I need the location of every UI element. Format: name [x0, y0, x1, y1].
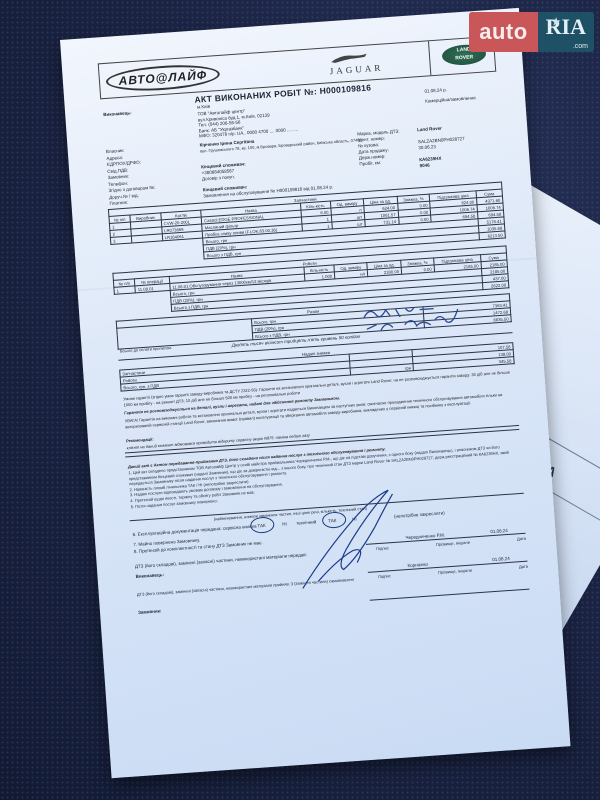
- watermark-auto: auto: [469, 12, 537, 52]
- work-completion-act: АВТО@ЛАЙФ JAGUAR LAND ROVER АКТ ВИКОНАНИ…: [60, 8, 570, 778]
- customer-field-label: Замовник:: [108, 174, 130, 180]
- city: м.Київ: [197, 104, 210, 110]
- star-icon: ★: [552, 8, 561, 38]
- jaguar-wordmark: JAGUAR: [329, 63, 383, 77]
- signature-caption-label: Дата: [517, 536, 526, 542]
- contract-type: Комерційна/замовлення: [425, 95, 476, 104]
- customer-field-label: Платник:: [109, 200, 128, 206]
- vehicle-field-label: Ідент. номер:: [358, 136, 386, 143]
- signature-caption-label: Прізвище, Ініціали: [438, 568, 472, 575]
- customer-contract: Договір з покуп.: [202, 174, 235, 181]
- customer-field-label: Адреса:: [106, 154, 123, 160]
- payment-handwriting-icon: [359, 296, 471, 336]
- total-value: 2622.00: [482, 281, 509, 290]
- vehicle-mileage: 9046: [419, 163, 429, 169]
- yes-circle-mark: [250, 516, 275, 534]
- customer-field-label: Свід.ПДВ:: [107, 167, 128, 173]
- vehicle-field-label: Пробіг, км:: [359, 160, 381, 167]
- jaguar-logo: JAGUAR: [329, 51, 384, 77]
- avtolife-logo: АВТО@ЛАЙФ: [105, 62, 220, 94]
- dtz-passed: ДТЗ (його складові), замінені (запасні) …: [135, 552, 307, 569]
- customer-field-label: Власник:: [106, 148, 125, 154]
- item6-docs: 6. Експлуатаційна документація передана:…: [133, 523, 257, 537]
- vehicle-field-label: Держ.номер:: [359, 154, 386, 161]
- customer-field-label: ЄДРПОУ/ДРФО:: [107, 160, 141, 167]
- signature-caption-label: Дата: [519, 564, 528, 570]
- customer-field-label: Телефон:: [108, 180, 128, 186]
- signature-caption-label: Прізвище, Ініціали: [436, 540, 470, 547]
- total-value: 6213.50: [479, 231, 505, 240]
- vehicle-sale-date: 30.06.23: [418, 144, 436, 150]
- customer-sign-label: Замовник:: [138, 608, 162, 615]
- vehicle-make: Land Rover: [417, 126, 442, 133]
- watermark-ria: ★ RIA .com: [538, 12, 594, 52]
- vehicle-plate: КА6239НХ: [419, 156, 442, 163]
- act-date: 01.08.24 р.: [424, 87, 447, 94]
- vehicle-vin: SALZA2BN0PH028727: [418, 136, 465, 144]
- executor-sign-label: Виконавець:: [135, 572, 164, 579]
- jaguar-leaper-icon: [329, 52, 370, 65]
- executor-label: Виконавець:: [103, 110, 132, 117]
- autoria-watermark: auto ★ RIA .com: [469, 12, 594, 52]
- executor-signature-icon: [292, 485, 409, 592]
- header-divider: [428, 41, 431, 75]
- customer-field-label: Доруч.№ / від:: [109, 192, 139, 199]
- watermark-dotcom: .com: [573, 43, 588, 50]
- signature-line: [370, 589, 530, 601]
- service-book-no: НІ: [282, 521, 287, 526]
